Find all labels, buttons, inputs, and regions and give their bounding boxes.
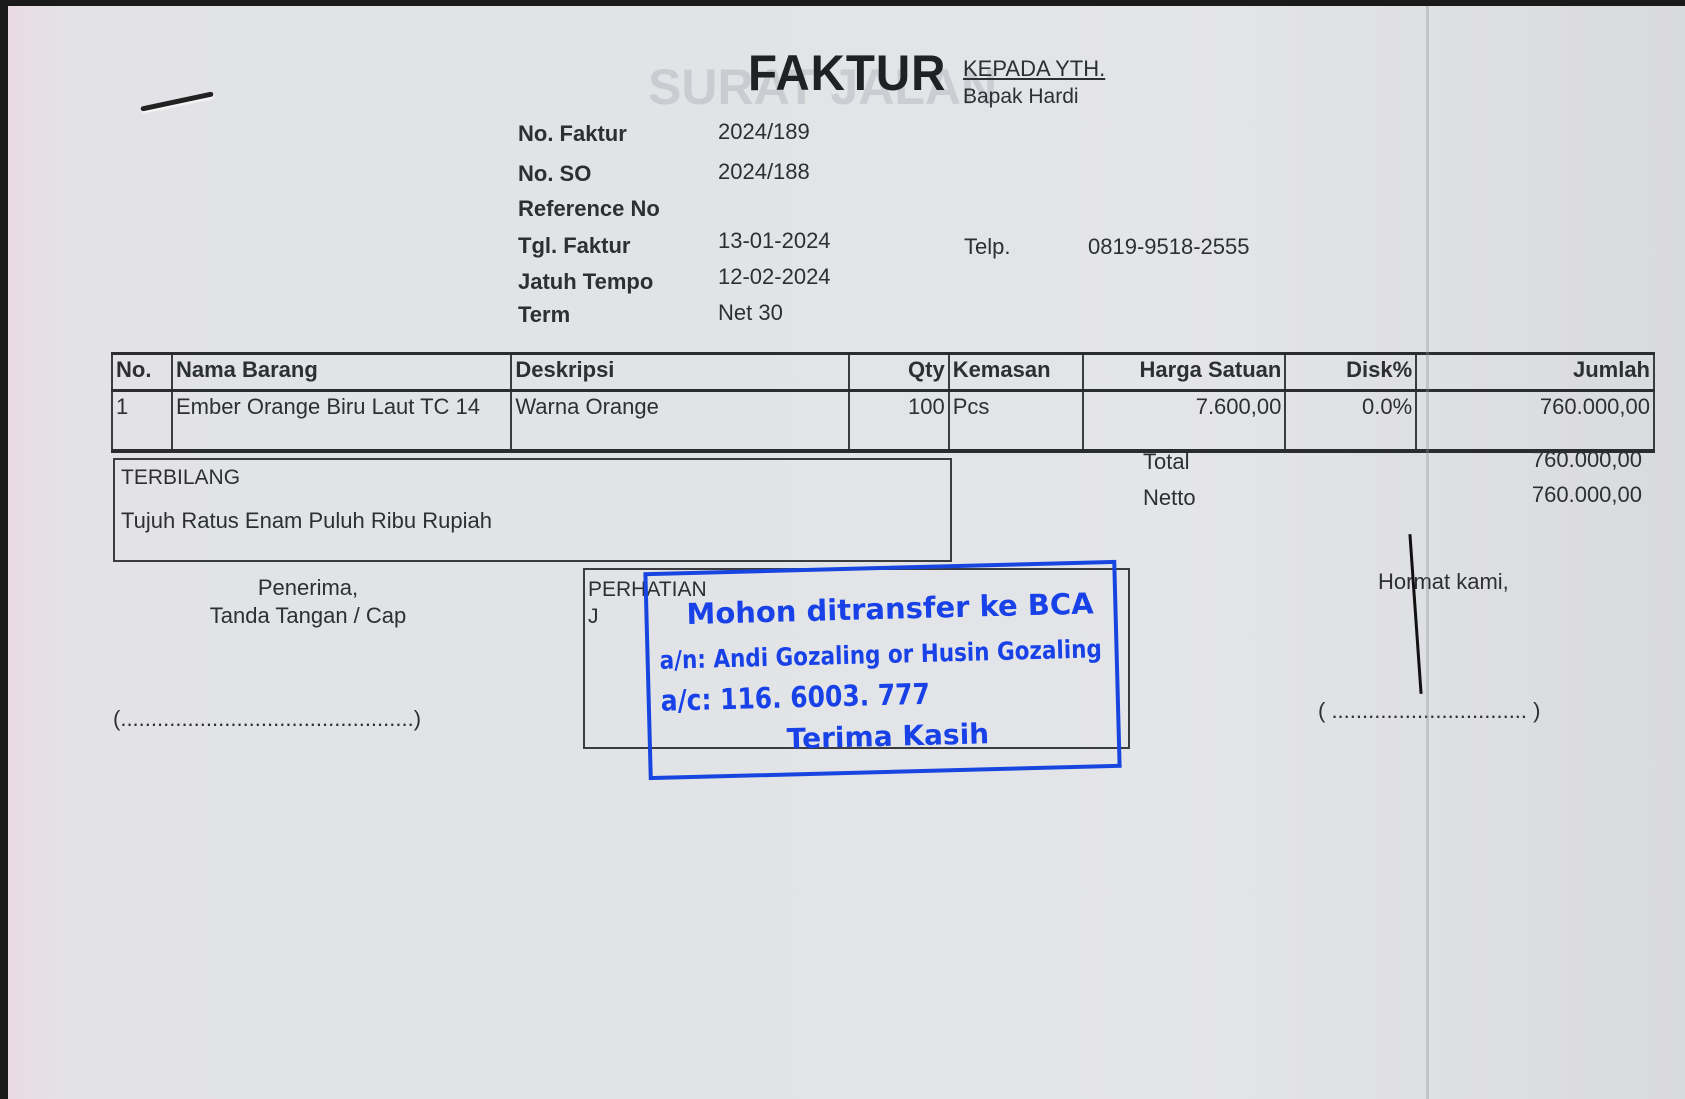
field-label-no-so: No. SO <box>518 161 591 187</box>
netto-value: 760.000,00 <box>1532 482 1642 508</box>
recipient-label: KEPADA YTH. <box>963 56 1105 82</box>
field-value-jatuh-tempo: 12-02-2024 <box>718 264 831 290</box>
total-value: 760.000,00 <box>1532 447 1642 473</box>
receiver-line1: Penerima, <box>188 574 428 602</box>
cell-deskripsi: Warna Orange <box>511 391 848 451</box>
cell-qty: 100 <box>849 391 949 451</box>
header-qty: Qty <box>849 354 949 391</box>
header-disk: Disk% <box>1285 354 1416 391</box>
cell-nama-barang: Ember Orange Biru Laut TC 14 <box>172 391 511 451</box>
phone-label: Telp. <box>964 234 1010 260</box>
sender-label: Hormat kami, <box>1378 569 1509 595</box>
cell-jumlah: 760.000,00 <box>1416 391 1654 451</box>
document-title: FAKTUR <box>748 44 946 102</box>
receiver-signature-line: (.......................................… <box>113 706 421 732</box>
terbilang-value: Tujuh Ratus Enam Puluh Ribu Rupiah <box>121 508 492 534</box>
receiver-line2: Tanda Tangan / Cap <box>188 602 428 630</box>
field-label-reference-no: Reference No <box>518 196 660 222</box>
bank-transfer-stamp: Mohon ditransfer ke BCA a/n: Andi Gozali… <box>643 560 1121 780</box>
header-harga-satuan: Harga Satuan <box>1083 354 1286 391</box>
staple-mark <box>140 91 213 111</box>
field-label-term: Term <box>518 302 570 328</box>
total-label: Total <box>1143 449 1189 475</box>
cell-no: 1 <box>112 391 172 451</box>
items-table: No. Nama Barang Deskripsi Qty Kemasan Ha… <box>111 352 1655 453</box>
header-no: No. <box>112 354 172 391</box>
attention-text: J <box>588 605 599 629</box>
stamp-line-4: Terima Kasih <box>786 717 989 755</box>
table-row: 1 Ember Orange Biru Laut TC 14 Warna Ora… <box>112 391 1654 451</box>
header-jumlah: Jumlah <box>1416 354 1654 391</box>
field-value-no-faktur: 2024/189 <box>718 119 810 145</box>
field-label-jatuh-tempo: Jatuh Tempo <box>518 269 653 295</box>
field-value-term: Net 30 <box>718 300 783 326</box>
netto-label: Netto <box>1143 485 1196 511</box>
signature-stroke <box>1408 534 1422 694</box>
terbilang-label: TERBILANG <box>121 466 240 490</box>
stamp-line-1: Mohon ditransfer ke BCA <box>686 586 1094 631</box>
stamp-line-3: a/c: 116. 6003. 777 <box>660 677 930 718</box>
field-value-no-so: 2024/188 <box>718 159 810 185</box>
cell-disk: 0.0% <box>1285 391 1416 451</box>
recipient-name: Bapak Hardi <box>963 85 1079 109</box>
header-kemasan: Kemasan <box>949 354 1083 391</box>
stamp-line-2: a/n: Andi Gozaling or Husin Gozaling <box>659 634 1102 675</box>
field-value-tgl-faktur: 13-01-2024 <box>718 228 831 254</box>
cell-harga-satuan: 7.600,00 <box>1083 391 1286 451</box>
header-deskripsi: Deskripsi <box>511 354 848 391</box>
cell-kemasan: Pcs <box>949 391 1083 451</box>
phone-value: 0819-9518-2555 <box>1088 234 1249 260</box>
field-label-tgl-faktur: Tgl. Faktur <box>518 233 630 259</box>
receiver-block: Penerima, Tanda Tangan / Cap <box>188 574 428 630</box>
invoice-paper: SURAT JALAN FAKTUR KEPADA YTH. Bapak Har… <box>8 6 1685 1099</box>
sender-signature-line: ( ................................ ) <box>1318 698 1540 724</box>
field-label-no-faktur: No. Faktur <box>518 121 627 147</box>
terbilang-box: TERBILANG Tujuh Ratus Enam Puluh Ribu Ru… <box>113 458 952 562</box>
table-header-row: No. Nama Barang Deskripsi Qty Kemasan Ha… <box>112 354 1654 391</box>
header-nama-barang: Nama Barang <box>172 354 511 391</box>
